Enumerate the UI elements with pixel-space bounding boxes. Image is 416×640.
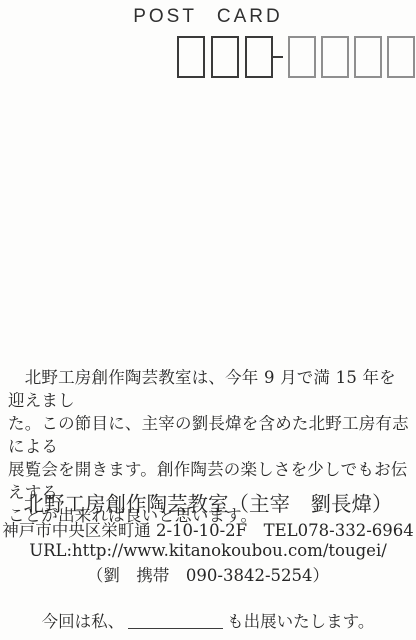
postal-code-box-2: [211, 36, 239, 78]
studio-mobile-phone: （劉 携帯 090-3842-5254）: [0, 562, 416, 586]
footer-suffix: も出展いたします。: [227, 612, 374, 631]
footer-prefix: 今回は私、: [42, 612, 125, 631]
studio-address: 神戸市中央区栄町通 2-10-10-2F TEL078-332-6964: [0, 517, 416, 541]
name-fill-in-blank: [128, 614, 223, 629]
studio-url: URL:http://www.kitanokoubou.com/tougei/: [0, 541, 416, 560]
postal-code-dash: [273, 56, 283, 58]
postal-code-box-3: [245, 36, 273, 78]
postal-code-box-7: [387, 36, 415, 78]
footer-exhibit-line: 今回は私、も出展いたします。: [0, 608, 416, 632]
message-line-1: 北野工房創作陶芸教室は、今年 9 月で満 15 年を迎えまし: [8, 366, 410, 412]
studio-name: 北野工房創作陶芸教室（主宰 劉長煒）: [0, 487, 416, 517]
postal-code-box-5: [321, 36, 349, 78]
message-line-2: た。この節目に、主宰の劉長煒を含めた北野工房有志による: [8, 412, 410, 458]
postal-code-box-1: [177, 36, 205, 78]
postcard-back: POST CARD 北野工房創作陶芸教室は、今年 9 月で満 15 年を迎えまし…: [0, 0, 416, 640]
postal-code-box-6: [354, 36, 382, 78]
postal-code-boxes: [177, 36, 415, 78]
postcard-title: POST CARD: [0, 6, 416, 28]
postal-code-box-4: [288, 36, 316, 78]
